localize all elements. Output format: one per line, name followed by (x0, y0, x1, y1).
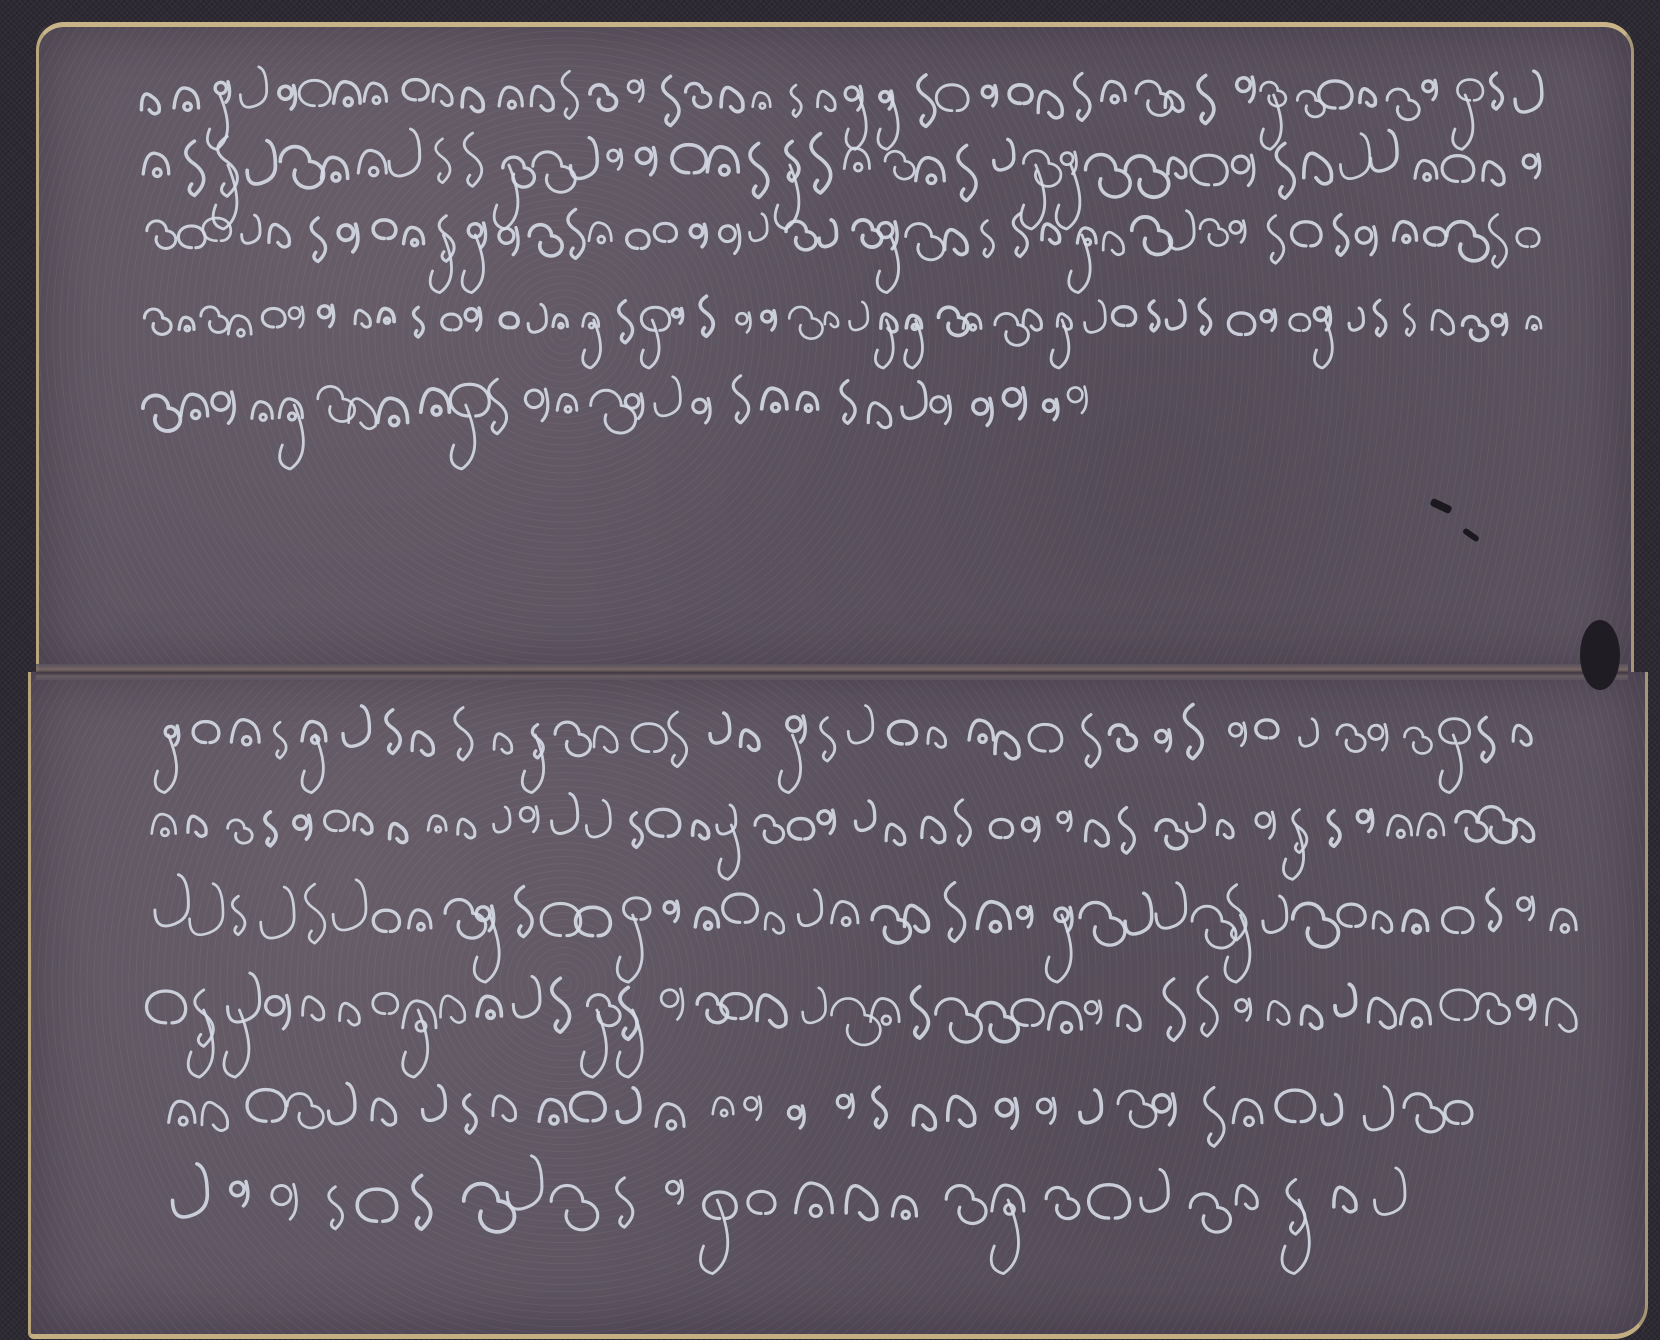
page-fold (36, 664, 1628, 680)
edge-notch (1580, 620, 1620, 690)
manuscript-book (28, 14, 1646, 1334)
upper-page (36, 22, 1634, 677)
lower-page (28, 672, 1648, 1339)
